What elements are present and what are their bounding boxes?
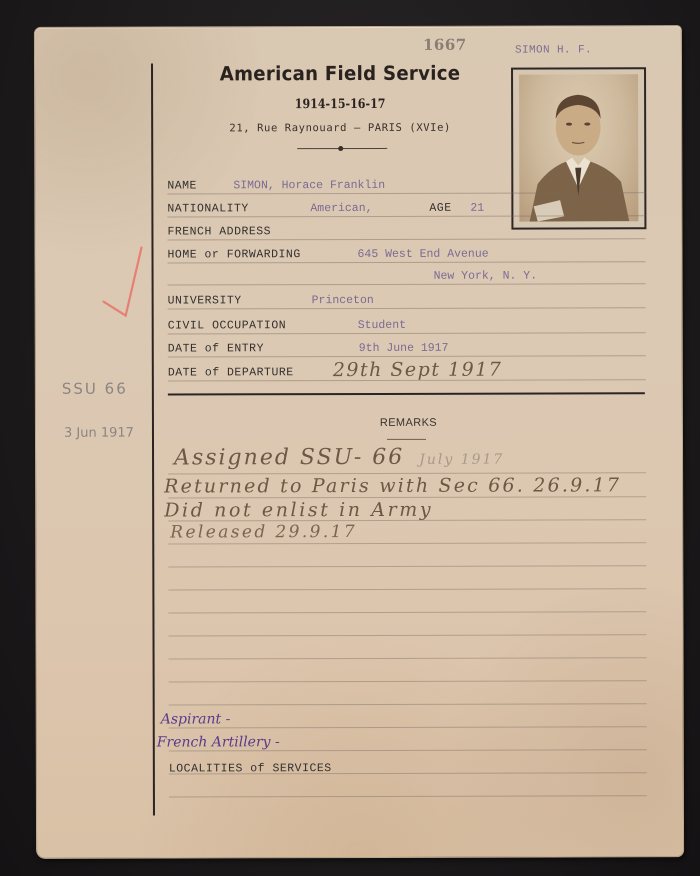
civil-occupation-label: CIVIL OCCUPATION (168, 319, 286, 332)
age-value: 21 (470, 202, 484, 215)
home-value-line2: New York, N. Y. (434, 270, 538, 283)
field-home-line2: New York, N. Y. (168, 266, 646, 287)
document-card: 1667 American Field Service 1914-15-16-1… (35, 26, 683, 858)
section-divider (168, 392, 645, 395)
ruled-line (169, 634, 647, 636)
ruled-line (169, 657, 647, 659)
field-rule (168, 355, 646, 357)
field-date-of-departure: DATE of DEPARTURE 29th Sept 1917 (168, 362, 646, 383)
name-stamp: SIMON H. F. (515, 44, 592, 56)
field-nationality: NATIONALITY American, AGE 21 (167, 198, 645, 219)
remark-line-1: Assigned SSU- 66 July 1917 (174, 445, 504, 471)
ruled-line (169, 726, 647, 728)
localities-handwritten-line2: French Artillery - (157, 734, 280, 750)
field-rule (168, 332, 646, 334)
ornament-divider (297, 148, 387, 149)
ruled-line (169, 680, 647, 682)
home-label: HOME or FORWARDING (167, 248, 300, 261)
red-check-mark-icon (95, 240, 145, 320)
civil-occupation-value: Student (358, 319, 406, 332)
field-home: HOME or FORWARDING 645 West End Avenue (167, 244, 645, 265)
document-years: 1914-15-16-17 (200, 97, 481, 113)
field-date-of-entry: DATE of ENTRY 9th June 1917 (168, 338, 646, 359)
document-title: American Field Service (187, 62, 494, 86)
field-rule (168, 261, 646, 263)
remark-line-1-text: Assigned SSU- 66 (174, 445, 404, 471)
nationality-label: NATIONALITY (167, 202, 248, 215)
field-civil-occupation: CIVIL OCCUPATION Student (168, 315, 646, 336)
ruled-line (169, 703, 647, 705)
field-rule (167, 215, 645, 217)
field-localities: LOCALITIES of SERVICES (169, 758, 647, 779)
field-rule (168, 283, 646, 285)
document-number-stamp: 1667 (423, 36, 467, 54)
field-french-address: FRENCH ADDRESS (167, 221, 645, 242)
home-value-line1: 645 West End Avenue (357, 248, 488, 261)
date-of-entry-label: DATE of ENTRY (168, 342, 264, 355)
nationality-value: American, (310, 202, 372, 215)
localities-label: LOCALITIES of SERVICES (169, 762, 332, 775)
margin-vertical-rule (151, 64, 155, 816)
french-address-label: FRENCH ADDRESS (167, 225, 271, 238)
field-university: UNIVERSITY Princeton (168, 290, 646, 311)
field-name: NAME SIMON, Horace Franklin (167, 175, 645, 196)
margin-note-date: 3 Jun 1917 (64, 426, 134, 441)
office-address: 21, Rue Raynouard — PARIS (XVIe) (175, 122, 505, 135)
remark-line-2: Returned to Paris with Sec 66. 26.9.17 (164, 474, 621, 497)
ruled-line (168, 588, 646, 590)
ruled-line (168, 565, 646, 567)
margin-note-unit: SSU 66 (62, 380, 128, 398)
ruled-line (169, 795, 647, 797)
remarks-underline (387, 439, 426, 440)
name-label: NAME (167, 179, 197, 192)
field-rule (168, 307, 646, 309)
field-rule (167, 192, 645, 194)
age-label: AGE (429, 202, 451, 215)
name-value: SIMON, Horace Franklin (233, 179, 385, 192)
university-label: UNIVERSITY (168, 294, 242, 307)
ruled-line (168, 542, 646, 544)
remark-line-3: Did not enlist in Army (164, 499, 433, 522)
ruled-line (168, 611, 646, 613)
field-rule (167, 238, 645, 240)
date-of-entry-value: 9th June 1917 (359, 342, 449, 355)
date-of-departure-value: 29th Sept 1917 (333, 359, 503, 381)
university-value: Princeton (312, 294, 374, 307)
remark-line-4: Released 29.9.17 (170, 522, 357, 542)
localities-handwritten-line1: Aspirant - (161, 711, 231, 727)
remark-line-1-annotation: July 1917 (419, 452, 504, 468)
date-of-departure-label: DATE of DEPARTURE (168, 366, 294, 379)
remarks-heading: REMARKS (336, 417, 481, 429)
